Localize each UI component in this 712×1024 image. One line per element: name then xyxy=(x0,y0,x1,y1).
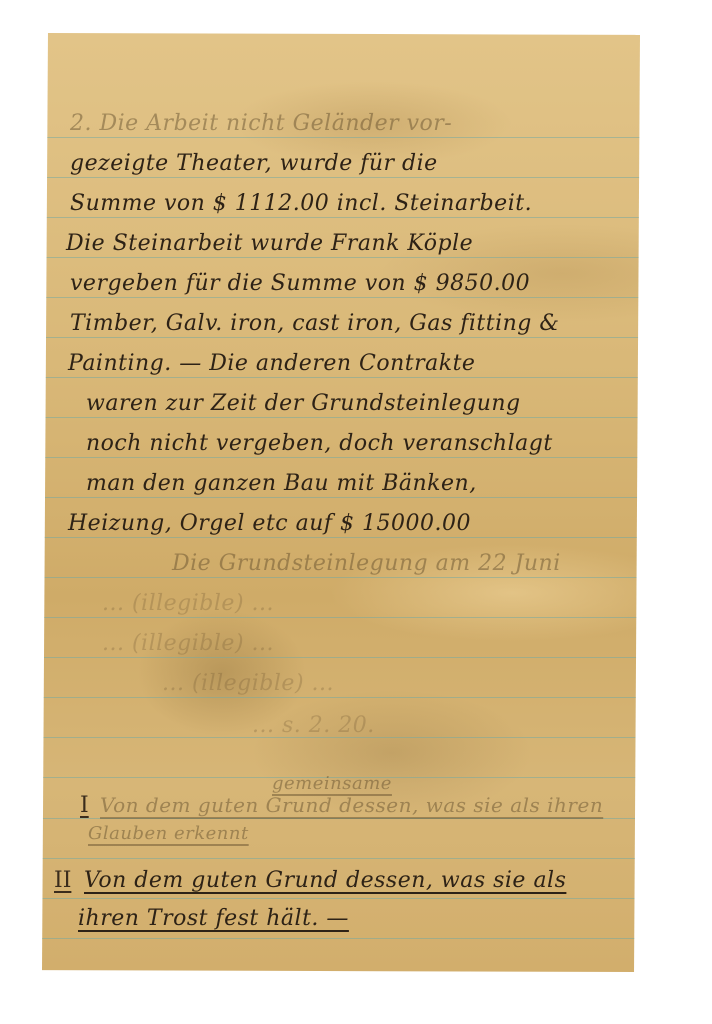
handwritten-line: ... (illegible) ... xyxy=(162,671,334,696)
ruled-line xyxy=(42,858,640,859)
handwritten-line: ... s. 2. 20. xyxy=(252,713,375,738)
ruled-line xyxy=(42,537,640,538)
handwritten-line: Die Grundsteinlegung am 22 Juni xyxy=(172,551,561,576)
ruled-line xyxy=(42,377,640,378)
ruled-line xyxy=(42,137,640,138)
handwritten-line: Timber, Galv. iron, cast iron, Gas fitti… xyxy=(70,311,559,336)
handwritten-line: waren zur Zeit der Grundsteinlegung xyxy=(86,391,521,416)
handwritten-line: gemeinsame xyxy=(272,773,392,794)
ruled-line xyxy=(42,417,640,418)
handwritten-line: Von dem guten Grund dessen, was sie als xyxy=(84,868,566,893)
handwritten-line: man den ganzen Bau mit Bänken, xyxy=(86,471,477,496)
ruled-line xyxy=(42,297,640,298)
ruled-line xyxy=(42,217,640,218)
ruled-line xyxy=(42,617,640,618)
handwritten-line: ... (illegible) ... xyxy=(102,631,274,656)
handwritten-line: noch nicht vergeben, doch veranschlagt xyxy=(86,431,553,456)
section-numeral-ii: II xyxy=(54,868,71,893)
ruled-line xyxy=(42,577,640,578)
handwritten-line: Glauben erkennt xyxy=(88,823,249,844)
ruled-line xyxy=(42,818,640,819)
ruled-line xyxy=(42,938,640,939)
section-numeral-i: I xyxy=(80,793,89,818)
ruled-line xyxy=(42,497,640,498)
ruled-line xyxy=(42,697,640,698)
handwritten-line: Die Steinarbeit wurde Frank Köple xyxy=(66,231,473,256)
handwritten-line: 2. Die Arbeit nicht Geländer vor- xyxy=(70,111,452,136)
handwritten-line: gezeigte Theater, wurde für die xyxy=(70,151,438,176)
ruled-line xyxy=(42,657,640,658)
ruled-line xyxy=(42,457,640,458)
ruled-line xyxy=(42,257,640,258)
handwritten-line: ihren Trost fest hält. — xyxy=(78,906,349,931)
ruled-line xyxy=(42,177,640,178)
handwritten-line: Summe von $ 1112.00 incl. Steinarbeit. xyxy=(70,191,532,216)
handwritten-line: Heizung, Orgel etc auf $ 15000.00 xyxy=(68,511,471,536)
letter-page: 2. Die Arbeit nicht Geländer vor- gezeig… xyxy=(42,33,640,972)
handwritten-line: vergeben für die Summe von $ 9850.00 xyxy=(70,271,530,296)
ruled-line xyxy=(42,337,640,338)
handwritten-line: Painting. — Die anderen Contrakte xyxy=(68,351,475,376)
handwritten-line: Von dem guten Grund dessen, was sie als … xyxy=(100,793,603,817)
ruled-line xyxy=(42,898,640,899)
handwritten-line: ... (illegible) ... xyxy=(102,591,274,616)
